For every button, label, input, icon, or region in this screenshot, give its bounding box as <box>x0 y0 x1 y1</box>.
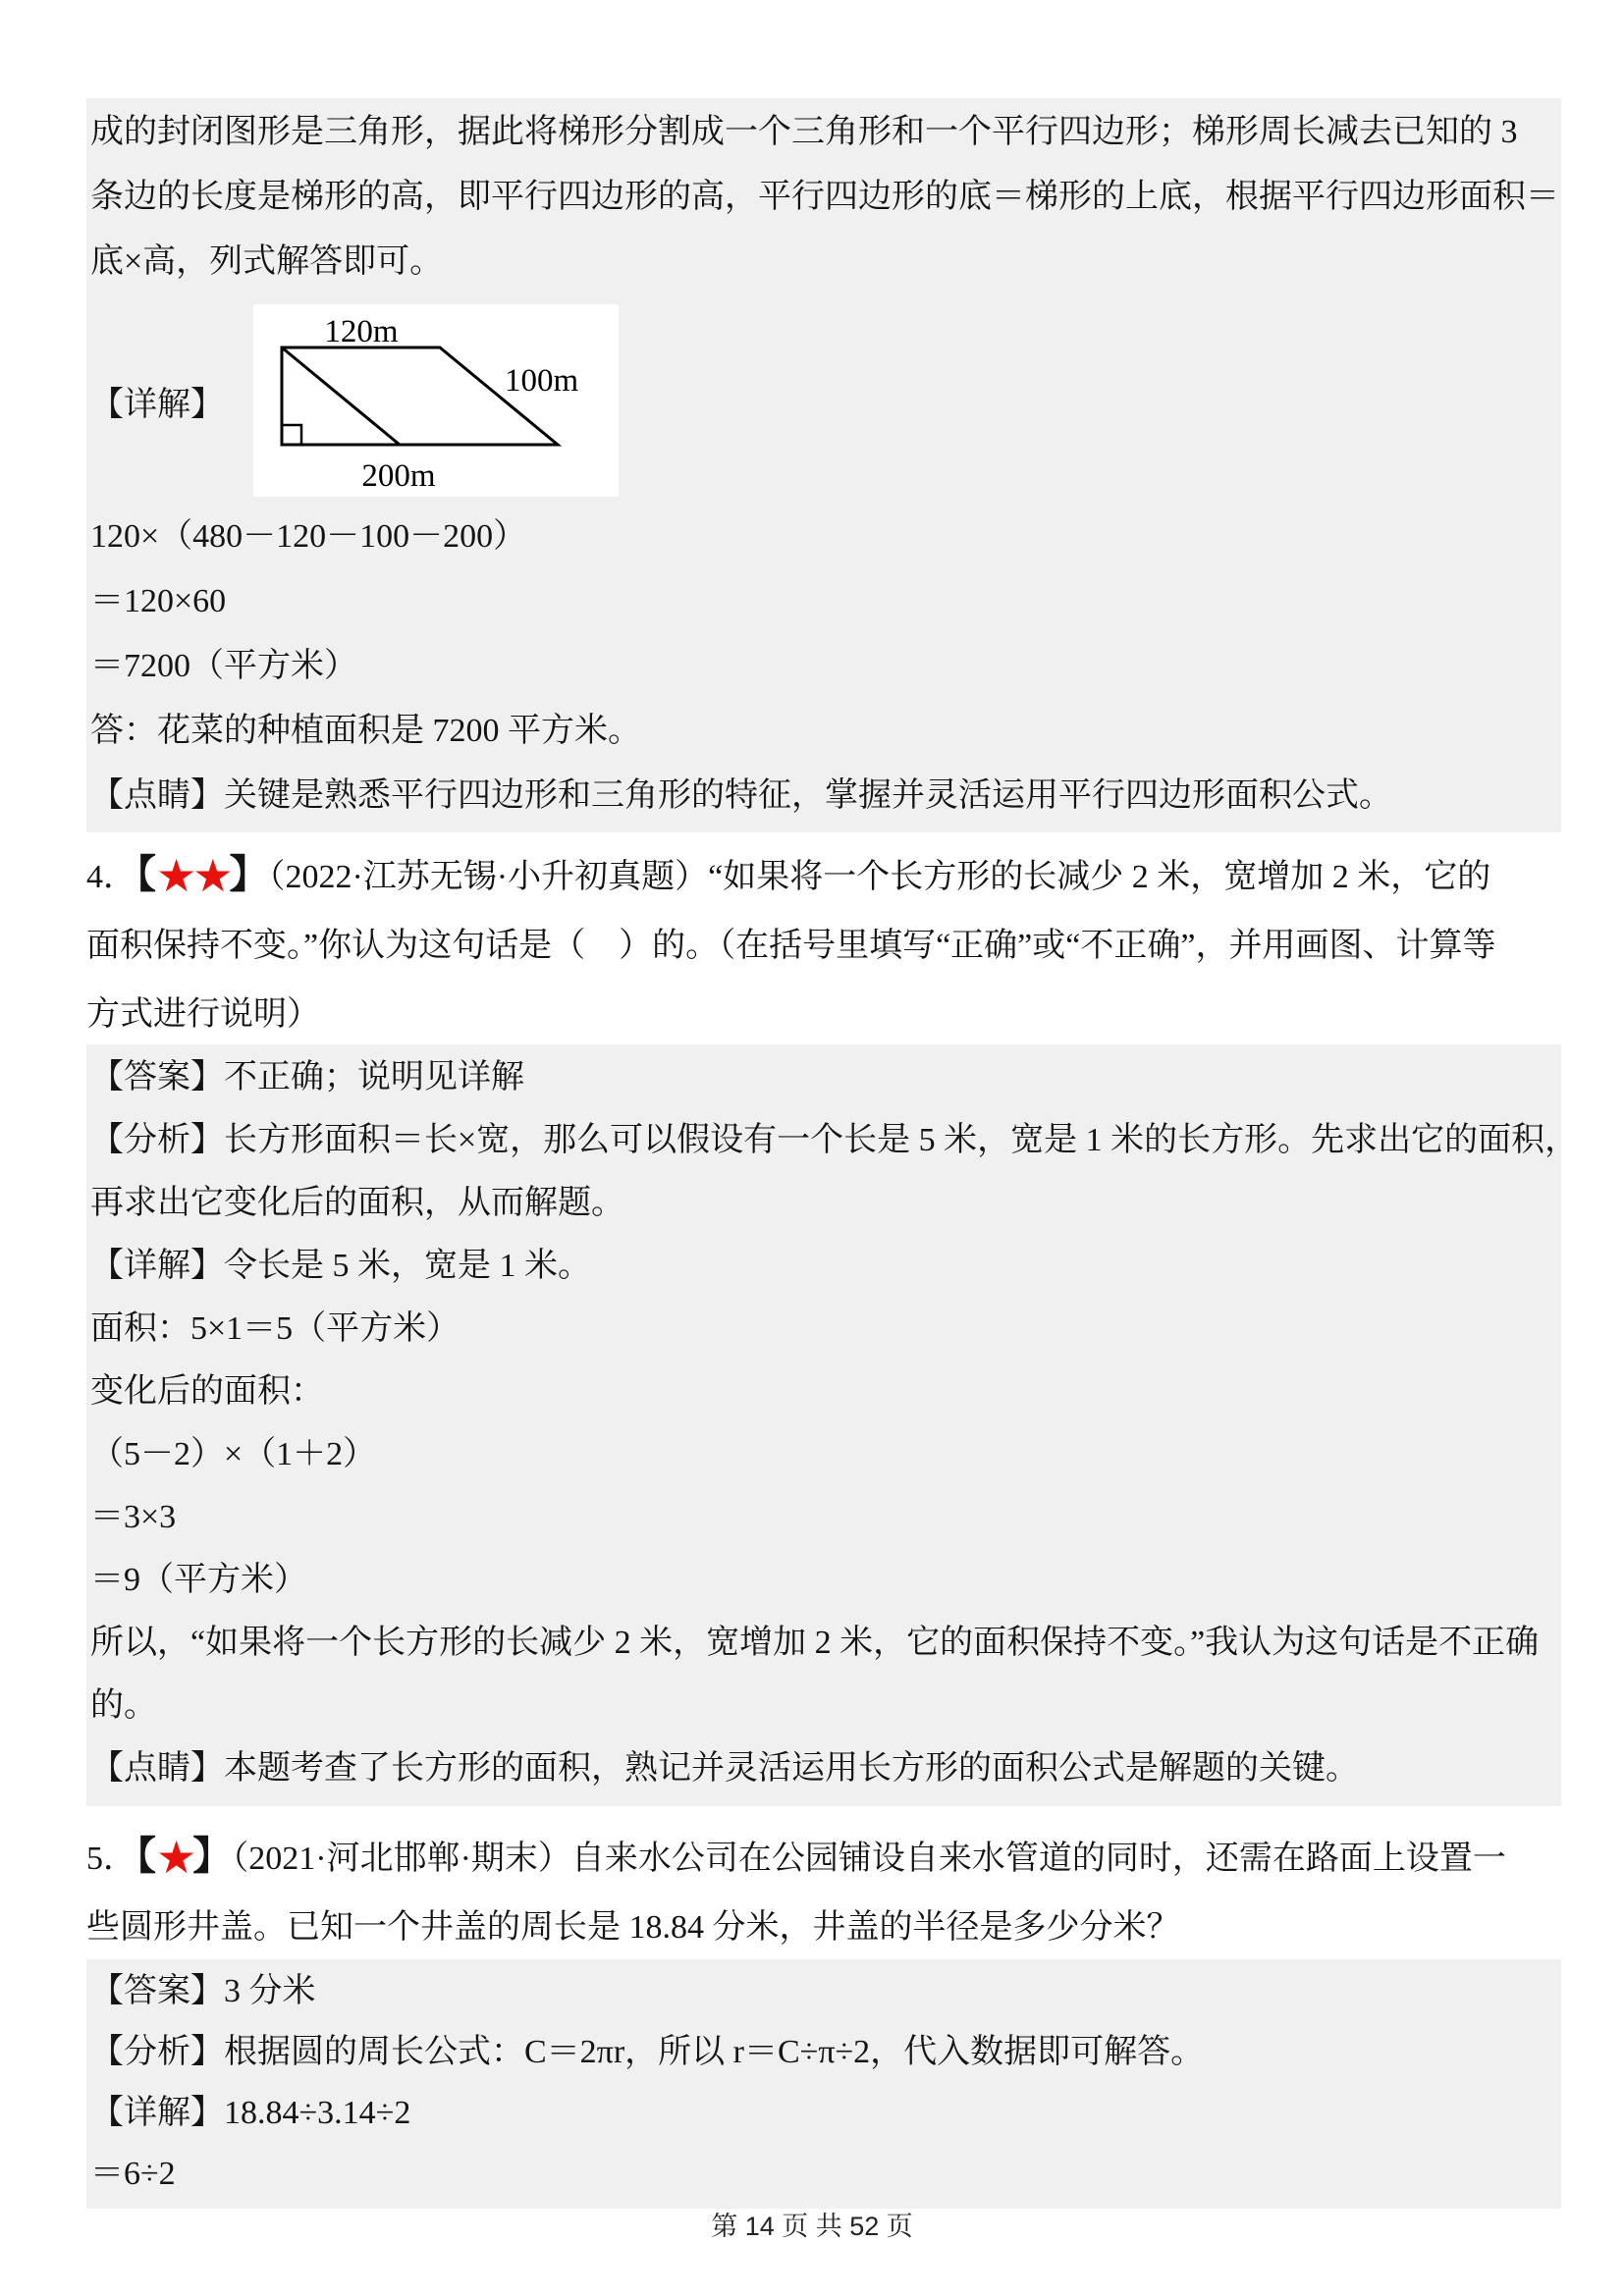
conclusion-line: 的。 <box>90 1675 1561 1737</box>
equation-line: 120×（480－120－100－200） <box>90 505 1561 569</box>
right-angle-mark <box>282 425 301 445</box>
difficulty-stars-icon: ★★ <box>156 851 229 901</box>
solution-block-q5: 【答案】3 分米 【分析】根据圆的周长公式：C＝2πr，所以 r＝C÷π÷2，代… <box>86 1959 1561 2209</box>
bracket-close: 】 <box>229 852 268 896</box>
equation-line: ＝6÷2 <box>90 2144 1561 2205</box>
dividing-diagonal <box>282 347 400 445</box>
analysis-line: 成的封闭图形是三角形，据此将梯形分割成一个三角形和一个平行四边形；梯形周长减去已… <box>90 100 1561 165</box>
question-4: 4．【★★】（2022·江苏无锡·小升初真题）“如果将一个长方形的长减少 2 米… <box>86 832 1557 1049</box>
question-5-line-2: 些圆形井盖。已知一个井盖的周长是 18.84 分米，井盖的半径是多少分米？ <box>86 1894 1557 1962</box>
note-line: 【点睛】关键是熟悉平行四边形和三角形的特征，掌握并灵活运用平行四边形面积公式。 <box>90 764 1561 828</box>
answer-sentence: 答：花菜的种植面积是 7200 平方米。 <box>90 699 1561 764</box>
bracket-open: 【 <box>136 1834 156 1878</box>
question-text: （2022·江苏无锡·小升初真题）“如果将一个长方形的长减少 2 米，宽增加 2… <box>268 859 1490 895</box>
bracket-open: 【 <box>136 852 156 896</box>
detail-label: 【详解】 <box>90 377 224 425</box>
question-number: 4． <box>86 859 136 895</box>
document-page: 成的封闭图形是三角形，据此将梯形分割成一个三角形和一个平行四边形；梯形周长减去已… <box>0 0 1624 2296</box>
question-number: 5． <box>86 1841 136 1877</box>
right-side-label: 100m <box>505 363 579 399</box>
detail-line: 变化后的面积： <box>90 1361 1561 1423</box>
answer-line: 【答案】不正确；说明见详解 <box>90 1046 1561 1109</box>
detail-line: 面积：5×1＝5（平方米） <box>90 1298 1561 1361</box>
solution-block-q3: 成的封闭图形是三角形，据此将梯形分割成一个三角形和一个平行四边形；梯形周长减去已… <box>86 98 1561 832</box>
question-4-line-3: 方式进行说明） <box>86 981 1557 1049</box>
equation-line: ＝7200（平方米） <box>90 634 1561 699</box>
equation-line: ＝9（平方米） <box>90 1549 1561 1612</box>
trapezoid-svg: 120m 100m 200m <box>253 304 619 497</box>
page-number: 第 14 页 共 52 页 <box>0 2207 1624 2246</box>
detail-line: 【详解】令长是 5 米，宽是 1 米。 <box>90 1235 1561 1298</box>
top-side-label: 120m <box>324 314 399 349</box>
equations: 120×（480－120－100－200） ＝120×60 ＝7200（平方米）… <box>90 505 1561 828</box>
conclusion-line: 所以，“如果将一个长方形的长减少 2 米，宽增加 2 米，它的面积保持不变。”我… <box>90 1612 1561 1675</box>
equation-line: ＝3×3 <box>90 1486 1561 1549</box>
bracket-close: 】 <box>192 1834 232 1878</box>
analysis-line: 【分析】长方形面积＝长×宽，那么可以假设有一个长是 5 米，宽是 1 米的长方形… <box>90 1109 1561 1172</box>
question-4-line-2: 面积保持不变。”你认为这句话是（ ）的。（在括号里填写“正确”或“不正确”，并用… <box>86 912 1557 981</box>
solution-block-q4: 【答案】不正确；说明见详解 【分析】长方形面积＝长×宽，那么可以假设有一个长是 … <box>86 1044 1561 1806</box>
analysis-line: 底×高，列式解答即可。 <box>90 230 1561 294</box>
question-text: （2021·河北邯郸·期末）自来水公司在公园铺设自来水管道的同时，还需在路面上设… <box>232 1841 1506 1877</box>
analysis-line: 条边的长度是梯形的高，即平行四边形的高，平行四边形的底＝梯形的上底，根据平行四边… <box>90 165 1561 230</box>
answer-line: 【答案】3 分米 <box>90 1961 1561 2022</box>
question-5: 5．【★】（2021·河北邯郸·期末）自来水公司在公园铺设自来水管道的同时，还需… <box>86 1814 1557 1962</box>
detail-row: 【详解】 120m 100m 200m <box>90 304 1561 497</box>
note-line: 【点睛】本题考查了长方形的面积，熟记并灵活运用长方形的面积公式是解题的关键。 <box>90 1737 1561 1800</box>
detail-line: 【详解】18.84÷3.14÷2 <box>90 2083 1561 2144</box>
equation-line: （5－2）×（1＋2） <box>90 1423 1561 1486</box>
analysis-line: 再求出它变化后的面积，从而解题。 <box>90 1172 1561 1235</box>
difficulty-stars-icon: ★ <box>156 1833 192 1883</box>
question-5-line-1: 5．【★】（2021·河北邯郸·期末）自来水公司在公园铺设自来水管道的同时，还需… <box>86 1822 1557 1894</box>
bottom-side-label: 200m <box>361 458 436 494</box>
equation-line: ＝120×60 <box>90 569 1561 634</box>
question-4-line-1: 4．【★★】（2022·江苏无锡·小升初真题）“如果将一个长方形的长减少 2 米… <box>86 840 1557 912</box>
analysis-line: 【分析】根据圆的周长公式：C＝2πr，所以 r＝C÷π÷2，代入数据即可解答。 <box>90 2022 1561 2083</box>
trapezoid-figure: 120m 100m 200m <box>253 304 619 497</box>
